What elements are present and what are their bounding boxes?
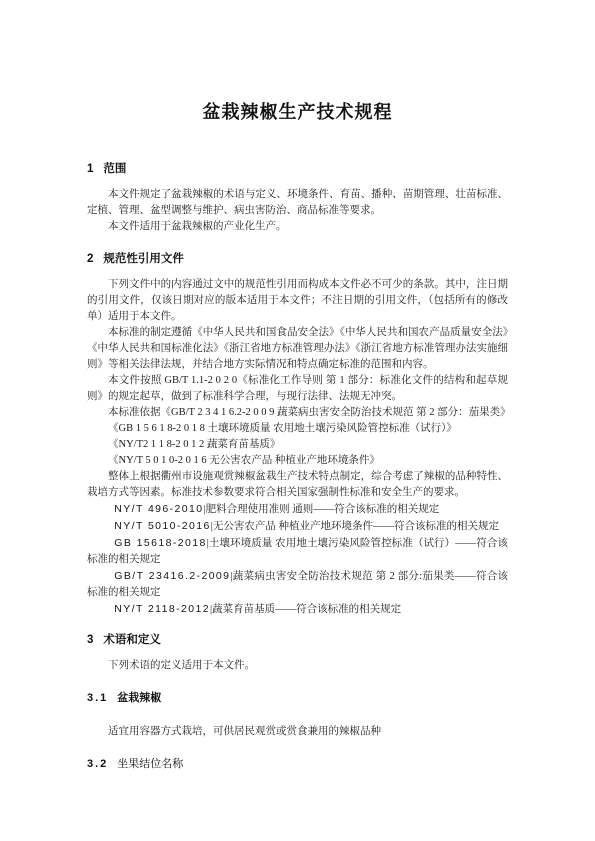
standard-code-1: NY/T 496-2010 (114, 503, 203, 515)
section-2-number: 2 (87, 253, 93, 265)
referenced-standard-1: 《GB 1 5 6 1 8-2 0 1 8 土壤环境质量 农用地土壤污染风险管控… (87, 421, 508, 437)
document-page: 盆栽辣椒生产技术规程 1范围 本文件规定了盆栽辣椒的术语与定义、环境条件、育苗、… (0, 0, 595, 841)
compliance-item-4: GB/T 23416.2-2009|蔬菜病虫害安全防治技术规范 第 2 部分:茄… (87, 568, 508, 601)
section-2-paragraph-1: 下列文件中的内容通过文中的规范性引用而构成本文件必不可少的条款。其中，注日期的引… (87, 277, 508, 325)
compliance-text-2: |无公害农产品 种植业产地环境条件——符合该标准的相关规定 (211, 521, 499, 532)
compliance-text-5: |蔬菜育苗基质——符合该标准的相关规定 (210, 604, 401, 615)
section-1-heading: 1范围 (87, 161, 508, 177)
section-2-paragraph-5: 整体上根据衢州市设施观赏辣椒盆栽生产技术特点制定，综合考虑了辣椒的品种特性、栽培… (87, 469, 508, 501)
referenced-standard-3: 《NY/T 5 0 1 0-2 0 1 6 无公害农产品 种植业产地环境条件》 (87, 453, 508, 469)
section-3-paragraph-1: 下列术语的定义适用于本文件。 (87, 658, 508, 674)
section-2-heading: 2规范性引用文件 (87, 251, 508, 267)
compliance-item-3: GB 15618-2018|土壤环境质量 农用地土壤污染风险管控标准（试行）——… (87, 535, 508, 568)
standard-code-5: NY/T 2118-2012 (114, 603, 210, 615)
section-3-number: 3 (87, 634, 93, 646)
section-2-title: 规范性引用文件 (103, 253, 184, 265)
standard-code-3: GB 15618-2018 (114, 537, 206, 549)
compliance-item-2: NY/T 5010-2016|无公害农产品 种植业产地环境条件——符合该标准的相… (87, 518, 508, 535)
section-1-title: 范围 (103, 163, 126, 175)
term-3-1-name: 盆栽辣椒 (117, 692, 161, 704)
section-2-paragraph-4: 本标准依据《GB/T 2 3 4 1 6.2-2 0 0 9 蔬菜病虫害安全防治… (87, 405, 508, 421)
referenced-standard-2: 《NY/T2 1 1 8-2 0 1 2 蔬菜育苗基质》 (87, 437, 508, 453)
compliance-item-5: NY/T 2118-2012|蔬菜育苗基质——符合该标准的相关规定 (87, 601, 508, 618)
section-1-paragraph-2: 本文件适用于盆栽辣椒的产业化生产。 (87, 219, 508, 235)
document-title: 盆栽辣椒生产技术规程 (87, 99, 508, 125)
section-1-paragraph-1: 本文件规定了盆栽辣椒的术语与定义、环境条件、育苗、播种、苗期管理、壮苗标准、定植… (87, 187, 508, 219)
term-3-1-heading: 3.1盆栽辣椒 (87, 690, 508, 706)
section-3-title: 术语和定义 (103, 634, 161, 646)
section-1-number: 1 (87, 163, 93, 175)
compliance-item-1: NY/T 496-2010|肥料合理使用准则 通则——符合该标准的相关规定 (87, 501, 508, 518)
standard-code-4: GB/T 23416.2-2009 (114, 570, 230, 582)
term-3-2-heading: 3.2坐果结位名称 (87, 756, 508, 772)
section-3-heading: 3术语和定义 (87, 632, 508, 648)
term-3-2-number: 3.2 (87, 758, 108, 770)
term-3-1-number: 3.1 (87, 692, 108, 704)
section-2-paragraph-2: 本标准的制定遵循《中华人民共和国食品安全法》《中华人民共和国农产品质量安全法》《… (87, 325, 508, 373)
term-3-1-definition: 适宜用容器方式栽培，可供居民观赏或赏食兼用的辣椒品种 (87, 724, 508, 740)
section-2-paragraph-3: 本文件按照 GB/T 1.1-2 0 2 0《标准化工作导则 第 1 部分：标准… (87, 373, 508, 405)
term-3-2-name: 坐果结位名称 (117, 758, 183, 770)
standard-code-2: NY/T 5010-2016 (114, 520, 210, 532)
compliance-text-1: |肥料合理使用准则 通则——符合该标准的相关规定 (204, 504, 440, 515)
